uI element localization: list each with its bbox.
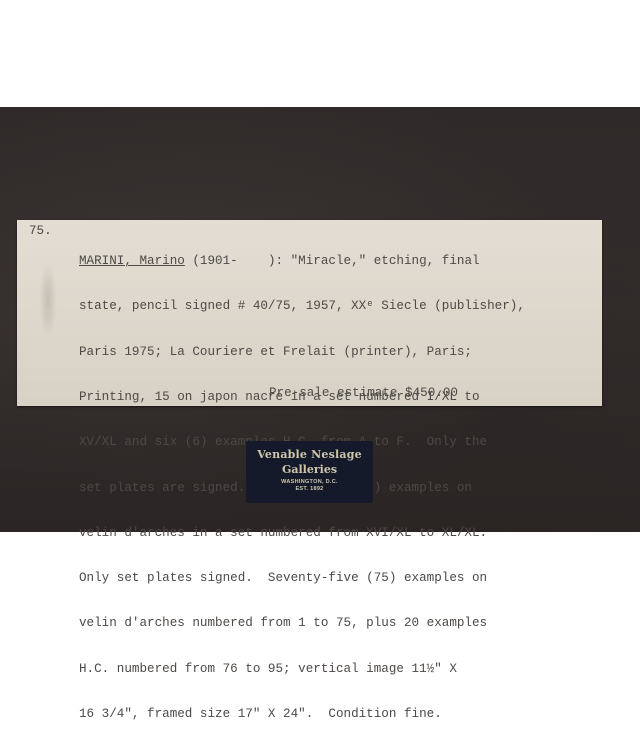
typewritten-catalog-card: 75. MARINI, Marino (1901- ): "Miracle," …	[17, 220, 602, 406]
gallery-name: Venable Neslage	[246, 448, 373, 461]
pre-sale-estimate: Pre-sale estimate $450.00	[269, 386, 458, 400]
gallery-label: Venable Neslage Galleries WASHINGTON, D.…	[246, 441, 373, 503]
description-line: Paris 1975; La Couriere et Frelait (prin…	[79, 345, 599, 360]
paper-smudge	[39, 260, 57, 340]
artist-name: MARINI, Marino	[79, 254, 185, 268]
description-line: velin d'arches in a set numbered from XV…	[79, 526, 599, 541]
gallery-subtitle: Galleries	[246, 463, 373, 476]
catalog-description: MARINI, Marino (1901- ): "Miracle," etch…	[79, 224, 599, 640]
description-line: Only set plates signed. Seventy-five (75…	[79, 571, 599, 586]
description-line: state, pencil signed # 40/75, 1957, XXᵉ …	[79, 299, 599, 314]
description-line: MARINI, Marino (1901- ): "Miracle," etch…	[79, 254, 599, 269]
framed-artwork-backing: 75. MARINI, Marino (1901- ): "Miracle," …	[0, 107, 640, 532]
gallery-city: WASHINGTON, D.C.	[246, 479, 373, 486]
description-line: velin d'arches numbered from 1 to 75, pl…	[79, 616, 599, 631]
lot-number: 75.	[29, 224, 52, 238]
gallery-established: EST. 1892	[246, 486, 373, 493]
